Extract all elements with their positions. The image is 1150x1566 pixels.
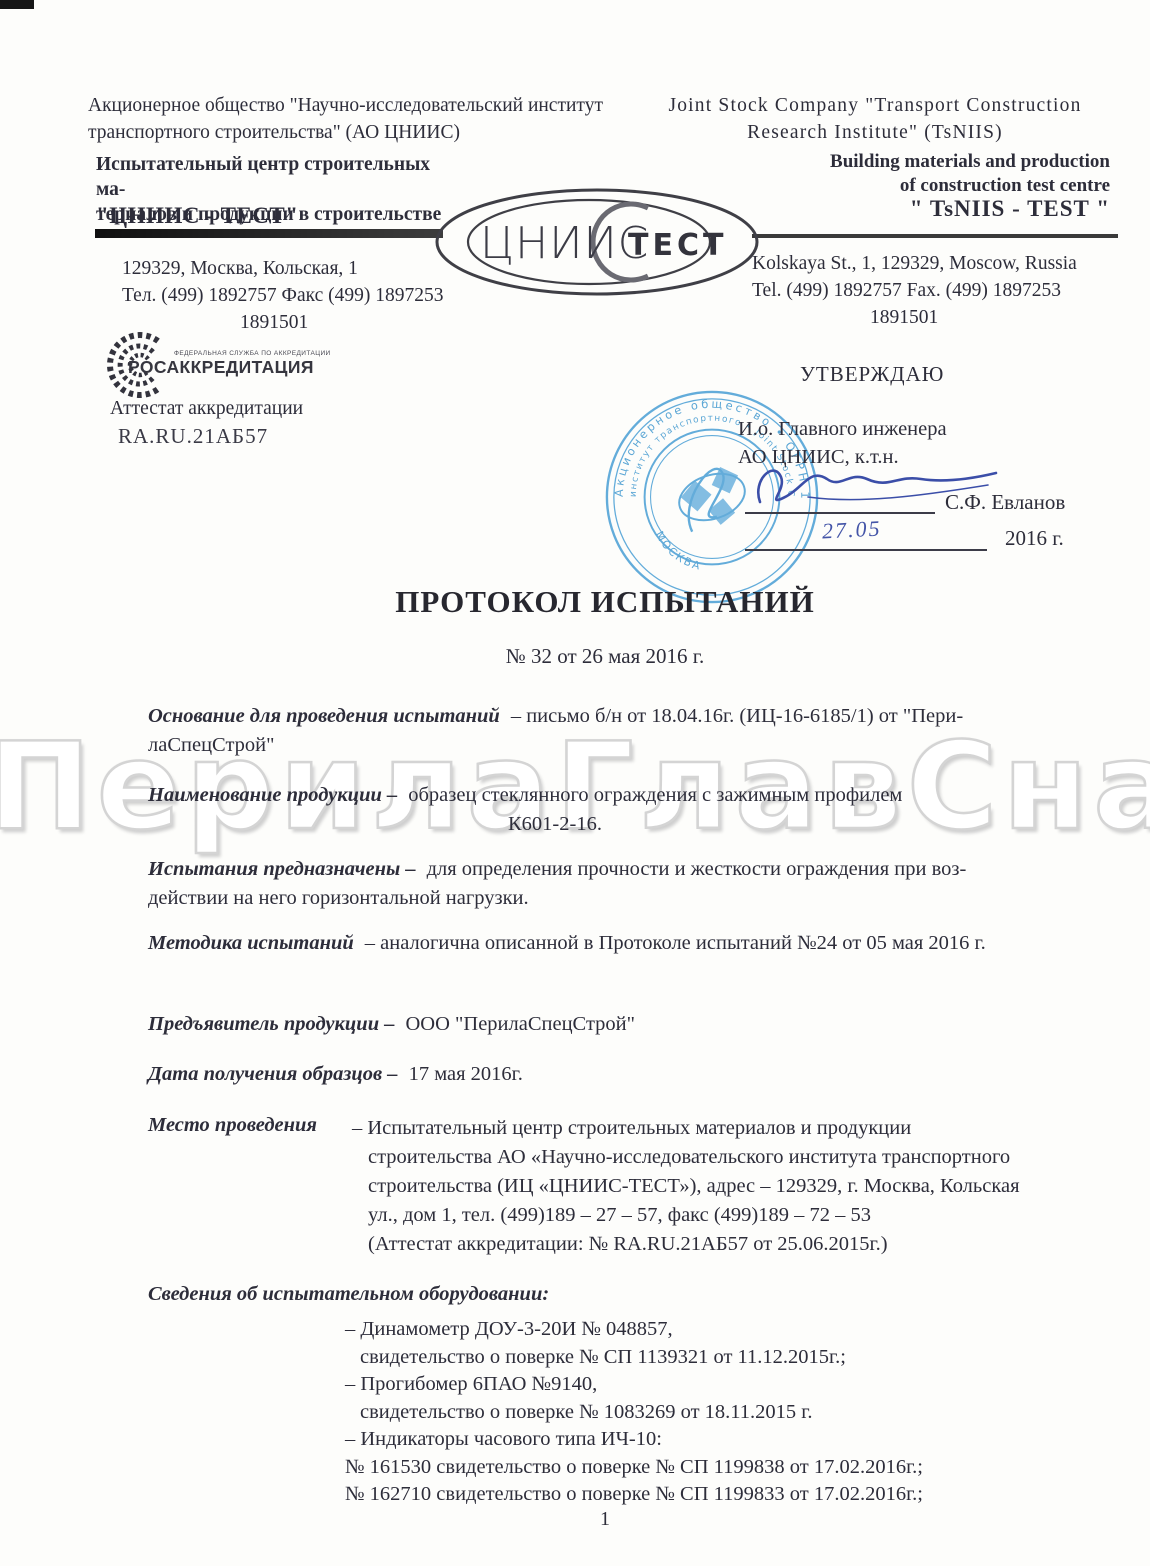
signature-ink (750, 450, 1002, 522)
paragraph-receipt-date: Дата получения образцов –17 мая 2016г. (148, 1060, 1098, 1089)
rosaccreditation-label: РОСАККРЕДИТАЦИЯ (128, 357, 314, 378)
header-divider-left (95, 229, 443, 238)
approver-position-line1: И.о. Главного инженера (738, 418, 947, 441)
test-centre-en-line2: of construction test centre (740, 174, 1110, 198)
venue-text: – Испытательный центр строительных матер… (352, 1114, 1097, 1259)
page-number: 1 (90, 1508, 1120, 1531)
equipment-line-2: свидетельство о поверке № СП 1139321 от … (345, 1344, 1105, 1372)
org-name-en-line1: Joint Stock Company "Transport Construct… (640, 92, 1110, 119)
presenter-label: Предъявитель продукции – (148, 1013, 394, 1035)
date-line (745, 549, 987, 551)
venue-line-3: строительства (ИЦ «ЦНИИС-ТЕСТ»), адрес –… (352, 1172, 1097, 1201)
method-text: – аналогична описанной в Протоколе испыт… (365, 932, 986, 954)
basis-label: Основание для проведения испытаний (148, 705, 500, 727)
equipment-line-1: – Динамометр ДОУ-3-20И № 048857, (345, 1316, 1105, 1344)
address-ru: 129329, Москва, Кольская, 1 Тел. (499) 1… (122, 255, 522, 336)
approval-year: 2016 г. (1005, 526, 1064, 551)
address-en: Kolskaya St., 1, 129329, Moscow, Russia … (752, 250, 1132, 331)
attestation-label: Аттестат аккредитации (110, 398, 303, 420)
test-centre-en-line1: Building materials and production (740, 150, 1110, 174)
basis-text-line1: – письмо б/н от 18.04.16г. (ИЦ-16-6185/1… (511, 705, 963, 727)
paragraph-test-purpose: Испытания предназначены –для определения… (148, 855, 1098, 912)
paragraph-basis: Основание для проведения испытаний– пись… (148, 702, 1098, 759)
address-en-line3: 1891501 (870, 304, 1132, 331)
equipment-line-7: № 162710 свидетельство о поверке № СП 11… (345, 1481, 1105, 1509)
stamp-bottom-text: МОСКВА (653, 529, 704, 573)
approve-word: УТВЕРЖДАЮ (800, 362, 944, 387)
purpose-text-line2: действии на него горизонтальной нагрузки… (148, 887, 529, 909)
product-label: Наименование продукции – (148, 784, 397, 806)
paragraph-product-name: Наименование продукции –образец стеклянн… (148, 781, 1098, 838)
address-en-line2: Tel. (499) 1892757 Fax. (499) 1897253 (752, 277, 1132, 304)
scanned-test-protocol-page: Акционерное общество "Научно-исследовате… (0, 0, 1150, 1566)
venue-line-2: строительства АО «Научно-исследовательск… (352, 1143, 1097, 1172)
accreditation-service-caption: ФЕДЕРАЛЬНАЯ СЛУЖБА ПО АККРЕДИТАЦИИ (174, 350, 331, 357)
product-text-line1: образец стеклянного ограждения с зажимны… (408, 784, 902, 806)
org-name-ru-line1: Акционерное общество "Научно-исследовате… (88, 92, 628, 119)
equipment-heading-text: Сведения об испытательном оборудовании: (148, 1283, 549, 1305)
stamp-center-emblem (673, 466, 751, 532)
venue-label: Место проведения (148, 1114, 317, 1137)
receipt-label: Дата получения образцов – (148, 1063, 398, 1085)
purpose-text-line1: для определения прочности и жесткости ог… (427, 858, 967, 880)
logo-text-test: ТЕСТ (628, 228, 727, 263)
address-ru-line3: 1891501 (240, 309, 522, 336)
receipt-text: 17 мая 2016г. (409, 1063, 523, 1085)
org-name-en-line2: Research Institute" (TsNIIS) (640, 119, 1110, 146)
tsniis-test-title-en: " TsNIIS - TEST " (740, 196, 1110, 222)
address-en-line1: Kolskaya St., 1, 129329, Moscow, Russia (752, 250, 1132, 277)
svg-text:МОСКВА: МОСКВА (653, 529, 704, 573)
scan-artifact-mark (0, 0, 34, 9)
paragraph-presenter: Предъявитель продукции –ООО "ПерилаСпецС… (148, 1010, 1098, 1039)
document-title: ПРОТОКОЛ ИСПЫТАНИЙ (90, 584, 1120, 620)
document-number-date: № 32 от 26 мая 2016 г. (90, 644, 1120, 669)
method-label: Методика испытаний (148, 932, 354, 954)
test-centre-ru-line1: Испытательный центр строительных ма- (96, 152, 456, 202)
header-divider-right (752, 234, 1118, 238)
equipment-line-3: – Прогибомер 6ПАО №9140, (345, 1371, 1105, 1399)
equipment-heading: Сведения об испытательном оборудовании: (148, 1280, 1098, 1309)
attestation-number: RA.RU.21АБ57 (118, 424, 268, 449)
org-name-en: Joint Stock Company "Transport Construct… (640, 92, 1110, 146)
address-ru-line2: Тел. (499) 1892757 Факс (499) 1897253 (122, 282, 522, 309)
venue-line-4: ул., дом 1, тел. (499)189 – 27 – 57, фак… (352, 1201, 1097, 1230)
org-name-ru: Акционерное общество "Научно-исследовате… (88, 92, 628, 146)
cniis-test-title-ru: "ЦНИИС - ТЕСТ" (96, 203, 299, 229)
org-name-ru-line2: транспортного строительства" (АО ЦНИИС) (88, 119, 628, 146)
venue-line-1: – Испытательный центр строительных матер… (352, 1114, 1097, 1143)
test-centre-name-en: Building materials and production of con… (740, 150, 1110, 198)
signature-ink-svg (750, 450, 1002, 522)
purpose-label: Испытания предназначены – (148, 858, 416, 880)
equipment-list: – Динамометр ДОУ-3-20И № 048857, свидете… (345, 1316, 1105, 1509)
paragraph-test-method: Методика испытаний– аналогична описанной… (148, 929, 1098, 958)
presenter-text: ООО "ПерилаСпецСтрой" (405, 1013, 635, 1035)
equipment-line-4: свидетельство о поверке № 1083269 от 18.… (345, 1399, 1105, 1427)
address-ru-line1: 129329, Москва, Кольская, 1 (122, 255, 522, 282)
equipment-line-5: – Индикаторы часового типа ИЧ-10: (345, 1426, 1105, 1454)
basis-text-line2: лаСпецСтрой" (148, 734, 275, 756)
venue-line-5: (Аттестат аккредитации: № RA.RU.21АБ57 о… (352, 1230, 1097, 1259)
equipment-line-6: № 161530 свидетельство о поверке № СП 11… (345, 1454, 1105, 1482)
product-text-line2: К601-2-16. (508, 813, 602, 835)
